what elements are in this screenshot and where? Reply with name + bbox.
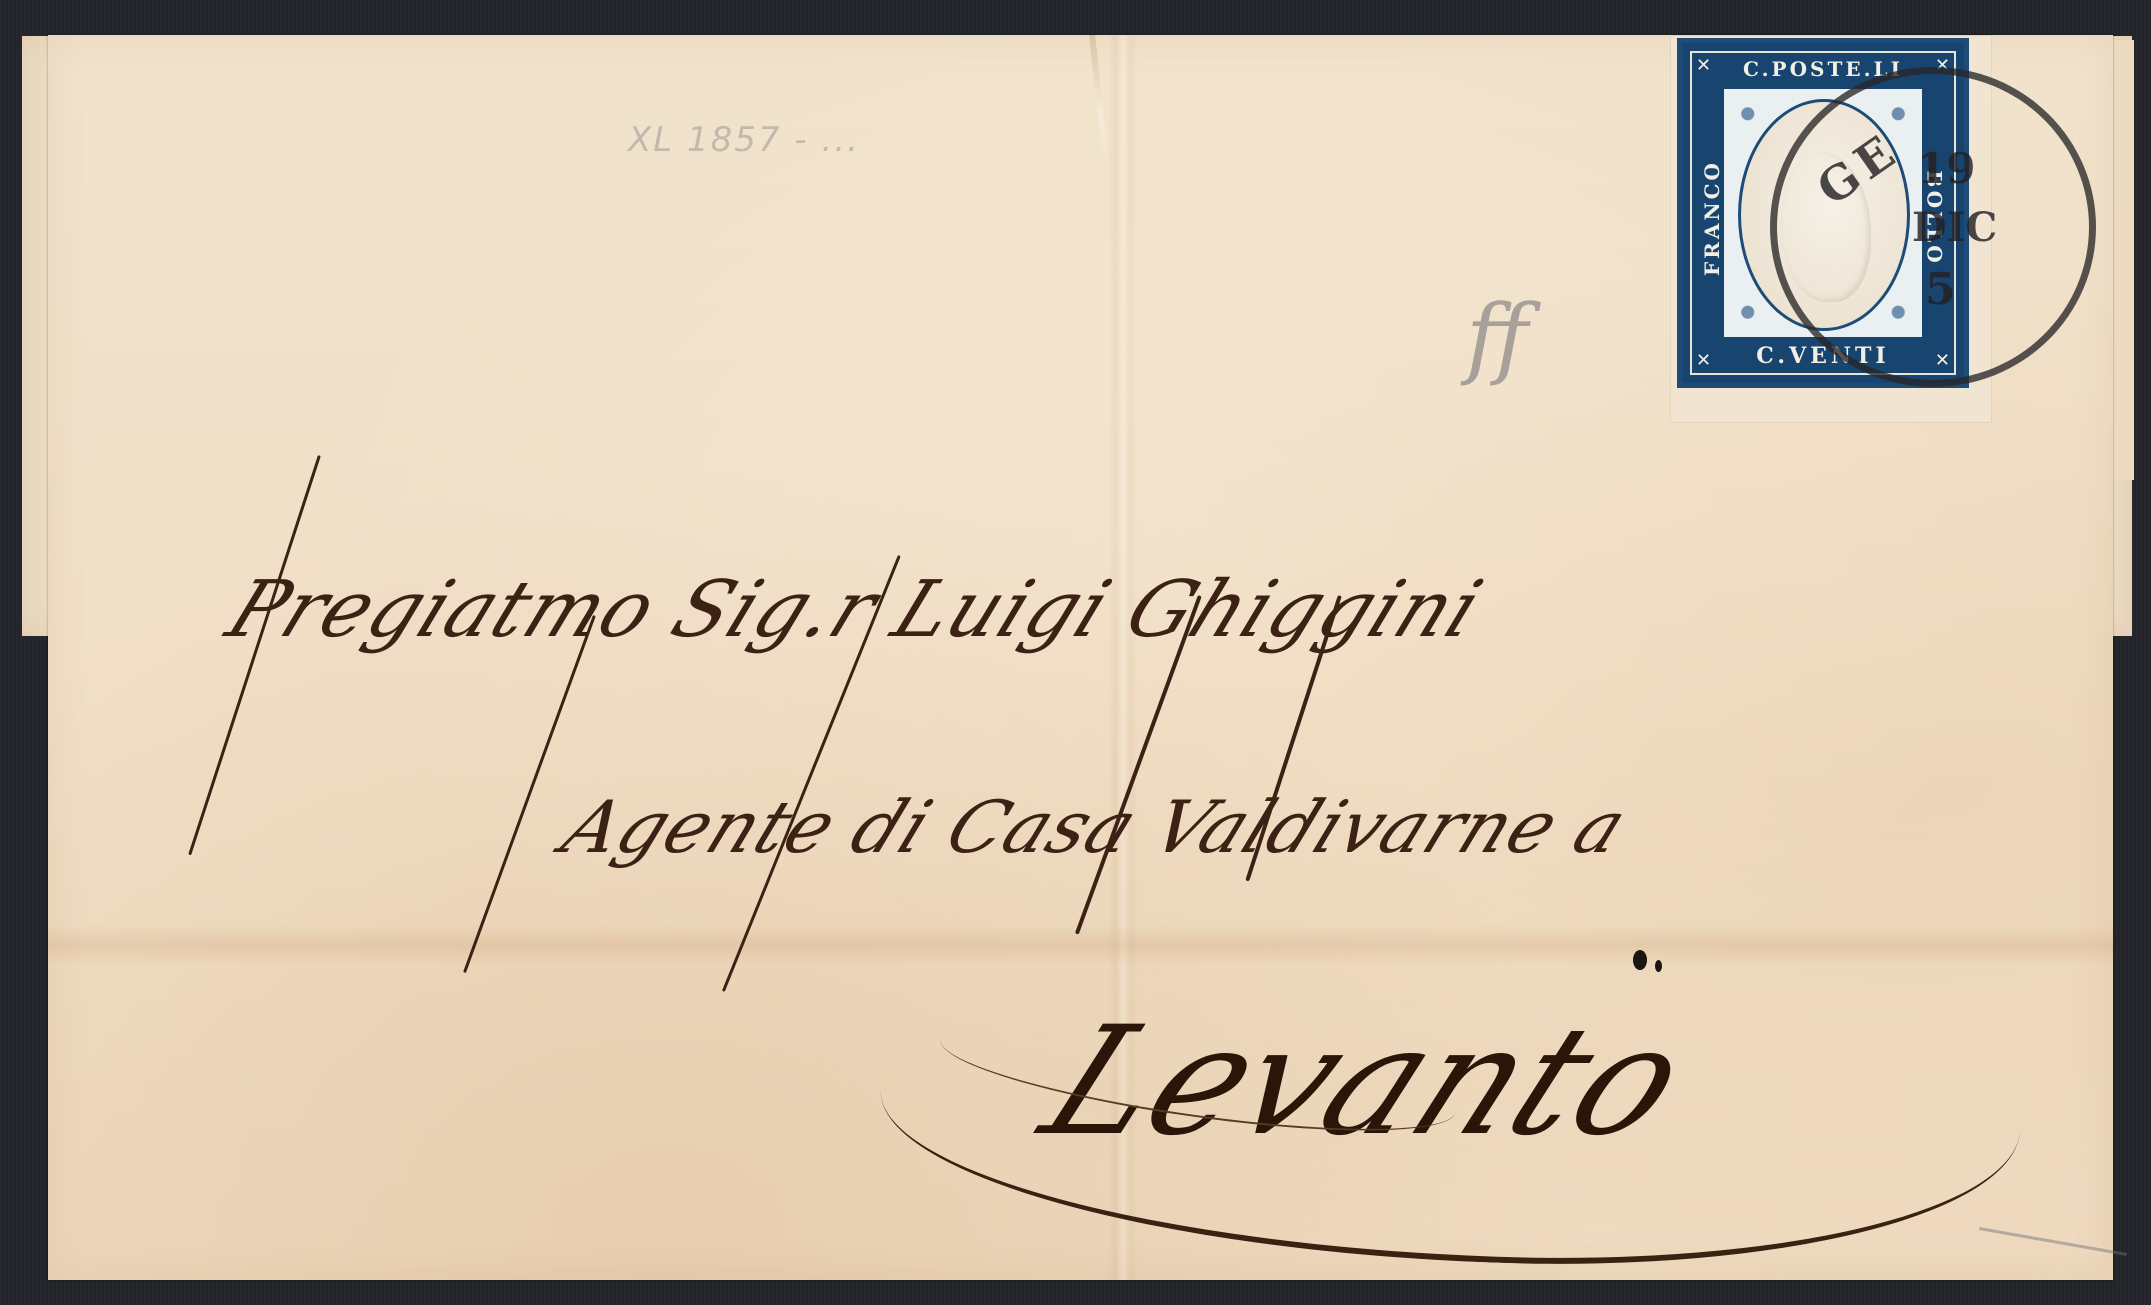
underline-flourish: [875, 1075, 2020, 1281]
ink-blot: [1633, 950, 1647, 970]
stamp-left-inscription: FRANCO: [1700, 160, 1724, 276]
postmark-city: GE: [1807, 122, 1909, 216]
pencil-scribble: [1979, 1227, 2127, 1256]
postmark-day: 19: [1917, 144, 1975, 193]
postmark: GE 19 DIC 5: [1770, 67, 2096, 387]
horizontal-fold-stain: [48, 925, 2113, 965]
paper-tear: [1089, 35, 1109, 165]
pencil-mark: ff: [1466, 285, 1528, 388]
address-line-1: Pregiatmo Sig.r Luigi Ghiggini: [215, 565, 1495, 655]
postmark-year: 5: [1925, 264, 1956, 315]
pencil-notation-top: XL 1857 - ...: [628, 120, 860, 160]
postmark-month: DIC: [1912, 204, 1997, 251]
script-stroke: [188, 455, 321, 855]
address-line-2: Agente di Casa Valdivarne a: [551, 785, 1639, 869]
ink-blot: [1655, 960, 1662, 972]
letter-front-sheet: XL 1857 - ... ff ✕ ✕ ✕ ✕ C.POSTE.LI FRAN…: [48, 35, 2113, 1280]
script-stroke: [463, 615, 596, 973]
